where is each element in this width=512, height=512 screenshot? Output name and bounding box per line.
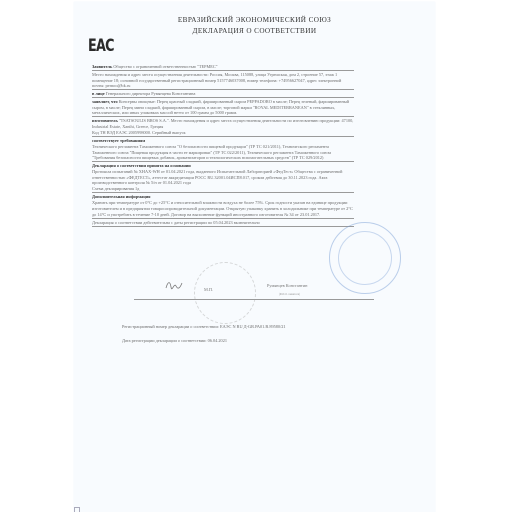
additional-value: Хранить при температуре от 0°C до +25°C … [92,200,354,218]
manufacturer-label: изготовитель [92,118,118,123]
registration-stamp-icon [329,222,401,294]
seal-place-label: М.П. [204,287,213,292]
applicant-label: Заявитель [92,64,112,69]
applicant-row: Заявитель Общество с ограниченной ответс… [92,64,354,71]
represented-value: Генерального директора Румянцева Констан… [106,91,196,96]
declaration-page: ЕВРАЗИЙСКИЙ ЭКОНОМИЧЕСКИЙ СОЮЗ ДЕКЛАРАЦИ… [74,2,435,512]
registration-date: Дата регистрации декларации о соответств… [122,338,382,343]
signer-caption: (Ф.И.О. заявителя) [279,293,300,296]
declaration-title: ДЕКЛАРАЦИЯ О СООТВЕТСТВИИ [74,27,435,35]
represented-label: в лице [92,91,105,96]
manufacturer-value: "TSATSOULIS BROS S.A.". Место нахождения… [92,118,353,129]
basis-value: Протокола испытаний № XHAX-WH от 01.04.2… [92,169,354,186]
registration-number: Регистрационный номер декларации о соотв… [122,324,382,329]
eac-mark-icon: ЕАС [88,36,114,56]
scan-mark-icon [74,507,80,512]
applicant-value: Общество с ограниченной ответственностью… [113,64,217,69]
declares-row: заявляет, что Консервы овощные: Перец кр… [92,99,354,117]
declaration-body: Заявитель Общество с ограниченной ответс… [92,64,354,228]
scheme: Схема декларирования 1д [92,186,354,193]
manufacturer-row: изготовитель "TSATSOULIS BROS S.A.". Мес… [92,118,354,130]
signer-name: Румянцев Константин [267,283,307,288]
declares-value: Консервы овощные: Перец красный сладкий,… [92,99,349,115]
union-title: ЕВРАЗИЙСКИЙ ЭКОНОМИЧЕСКИЙ СОЮЗ [74,16,435,24]
conforms-value: Технического регламента Таможенного союз… [92,144,354,162]
signature-icon [164,279,184,291]
declares-label: заявляет, что [92,99,118,104]
represented-row: в лице Генерального директора Румянцева … [92,91,354,98]
applicant-address: Место нахождения и адрес места осуществл… [92,72,354,90]
validity: Декларация о соответствии действительна … [92,220,354,227]
product-code: Код ТН ВЭД ЕАЭС 2005998000. Серийный вып… [92,130,354,137]
